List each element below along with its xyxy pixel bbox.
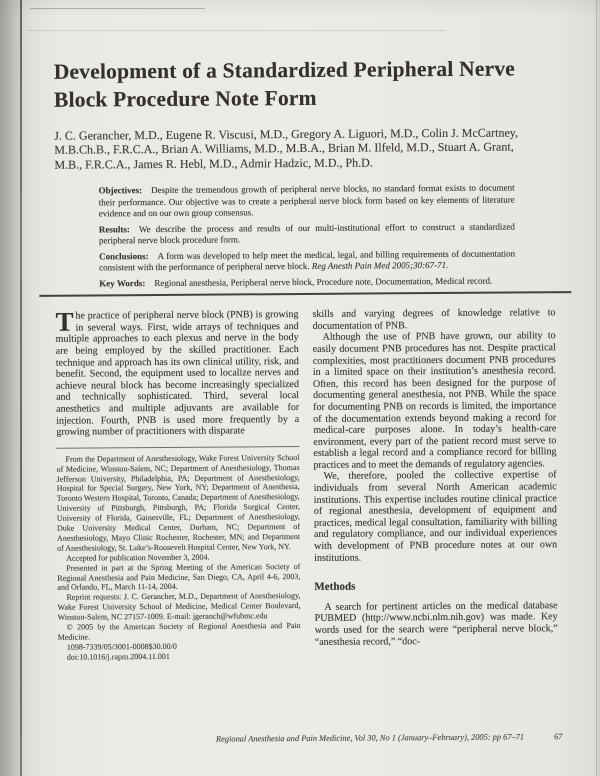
body-paragraph-3: We, therefore, pooled the collective exp… [314, 470, 558, 564]
footnote-affiliations: From the Department of Anesthesiology, W… [56, 453, 300, 554]
author-list: J. C. Gerancher, M.D., Eugene R. Viscusi… [54, 125, 524, 172]
abstract-divider-rule [39, 291, 571, 297]
footnote-reprints: Reprint requests: J. C. Gerancher, M.D.,… [57, 591, 300, 622]
conclusions-label: Conclusions: [99, 251, 149, 261]
footer-page-number: 67 [554, 732, 562, 741]
running-footer: Regional Anesthesia and Pain Medicine, V… [58, 732, 562, 745]
keywords-text: Regional anesthesia, Peripheral nerve bl… [154, 276, 492, 288]
footnote-doi: doi:10.1016/j.rapm.2004.11.001 [58, 651, 301, 663]
page-content: Development of a Standardized Peripheral… [54, 40, 558, 662]
scanned-journal-page: Development of a Standardized Peripheral… [0, 0, 600, 776]
keywords-label: Key Words: [99, 278, 145, 288]
footnote-presented: Presented in part at the Spring Meeting … [57, 562, 300, 593]
footnote-block: From the Department of Anesthesiology, W… [56, 446, 300, 663]
two-column-body: The practice of peripheral nerve block (… [55, 307, 557, 662]
abstract-results: Results:We describe the process and resu… [99, 221, 515, 246]
abstract-keywords: Key Words:Regional anesthesia, Periphera… [99, 275, 515, 289]
results-label: Results: [99, 224, 130, 234]
page-tilt-wrapper: Development of a Standardized Peripheral… [0, 0, 600, 776]
footnote-copyright: © 2005 by the American Society of Region… [58, 621, 301, 643]
abstract-block: Objectives:Despite the tremendous growth… [99, 183, 516, 290]
article-title: Development of a Standardized Peripheral… [54, 55, 532, 114]
right-column: skills and varying degrees of knowledge … [312, 307, 557, 660]
abstract-objectives: Objectives:Despite the tremendous growth… [99, 183, 515, 220]
footer-citation: Regional Anesthesia and Pain Medicine, V… [216, 732, 524, 743]
continuation-paragraph: skills and varying degrees of knowledge … [312, 307, 555, 332]
methods-paragraph: A search for pertinent articles on the m… [314, 600, 557, 648]
drop-cap: T [55, 311, 75, 333]
methods-section-heading: Methods [314, 580, 557, 593]
results-text: We describe the process and results of o… [99, 221, 515, 245]
left-column: The practice of peripheral nerve block (… [55, 309, 300, 662]
objectives-text: Despite the tremendous growth of periphe… [99, 183, 515, 218]
intro-paragraph-text: he practice of peripheral nerve block (P… [56, 309, 300, 438]
journal-citation: Reg Anesth Pain Med 2005;30:67-71. [312, 260, 449, 271]
conclusions-text: A form was developed to help meet the me… [99, 248, 515, 272]
abstract-conclusions: Conclusions:A form was developed to help… [99, 248, 515, 273]
intro-paragraph: The practice of peripheral nerve block (… [55, 309, 299, 438]
body-paragraph-2: Although the use of PNB have grown, our … [313, 331, 557, 472]
footnote-divider-rule [56, 446, 299, 449]
objectives-label: Objectives: [99, 185, 143, 195]
